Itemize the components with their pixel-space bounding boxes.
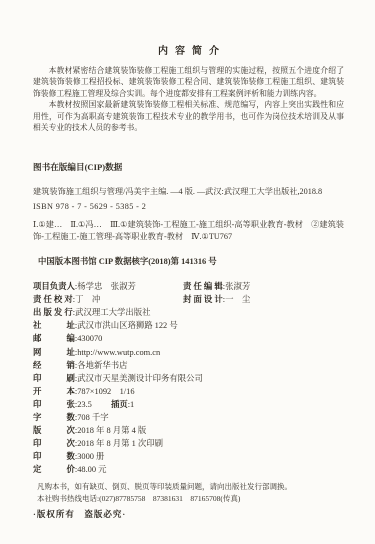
publication-label: 印 次 [33, 439, 75, 448]
publication-value: :一 尘 [223, 295, 250, 304]
copyright-notice: ·版权所有 盗版必究· [33, 508, 344, 520]
publication-info-row: 印 次:2018 年 8 月第 1 次印刷 [33, 437, 344, 450]
publication-info-row: 印 刷:武汉市天星美测设计印务有限公司 [33, 372, 344, 385]
publication-label: 印 张 [33, 400, 75, 409]
copyright-page: 内容简介 本教材紧密结合建筑装饰装修工程施工组织与管理的实施过程，按照五个进度介… [0, 0, 375, 544]
publication-value: :张淑芳 [223, 282, 250, 291]
publication-info-row: 印 数:3000 册 [33, 450, 344, 463]
publication-label: 出 版 发 行 [33, 308, 73, 317]
content-summary-title: 内容简介 [33, 42, 344, 57]
publication-label: 印 数 [33, 452, 75, 461]
content-summary-paragraph: 本教材紧密结合建筑装饰装修工程施工组织与管理的实施过程，按照五个进度介绍了建筑装… [33, 65, 344, 99]
note-line: 凡购本书，如有缺页、倒页、脱页等印装质量问题，请向出版社发行部调换。 [37, 481, 344, 492]
publication-label: 责 任 校 对 [33, 295, 73, 304]
publication-value: :武汉理工大学出版社 [73, 308, 151, 317]
publication-info-row: 版 次:2018 年 8 月第 4 版 [33, 424, 344, 437]
publication-label: 责 任 编 辑 [183, 282, 223, 291]
purchase-notes: 凡购本书，如有缺页、倒页、脱页等印装质量问题，请向出版社发行部调换。 本社购书热… [33, 481, 344, 504]
publication-label: 字 数 [33, 413, 75, 422]
cip-isbn: ISBN 978 - 7 - 5629 - 5385 - 2 [33, 202, 344, 211]
publication-value: :787×1092 1/16 [75, 387, 135, 396]
publication-info-row: 开 本:787×1092 1/16 [33, 385, 344, 398]
content-summary: 本教材紧密结合建筑装饰装修工程施工组织与管理的实施过程，按照五个进度介绍了建筑装… [33, 65, 344, 133]
publication-info-row: 经 销:各地新华书店 [33, 359, 344, 372]
publication-info-row: 字 数:708 千字 [33, 411, 344, 424]
publication-second-pair: 插页:1 [111, 400, 134, 409]
publication-label: 插页 [111, 400, 128, 409]
publication-value: :丁 冲 [73, 295, 100, 304]
publication-info-row: 邮 编:430070 [33, 332, 344, 345]
publication-value: :http://www.wutp.com.cn [75, 348, 160, 357]
publication-second-pair: 封 面 设 计:一 尘 [183, 293, 250, 306]
publication-label: 经 销 [33, 361, 75, 370]
publication-value: :48.00 元 [75, 465, 107, 474]
publication-label: 邮 编 [33, 334, 75, 343]
publication-info-row: 项目负责人:杨学忠 张淑芳 责 任 编 辑:张淑芳 [33, 280, 344, 293]
publication-info-row: 出 版 发 行:武汉理工大学出版社 [33, 306, 344, 319]
publication-value: :23.5 [75, 400, 92, 409]
publication-label: 印 刷 [33, 374, 75, 383]
publication-value: :3000 册 [75, 452, 105, 461]
publication-value: :2018 年 8 月第 4 版 [75, 426, 146, 435]
publication-label: 项目负责人 [33, 282, 75, 291]
publication-value: :杨学忠 张淑芳 [75, 282, 136, 291]
publication-label: 开 本 [33, 387, 75, 396]
publication-label: 定 价 [33, 465, 75, 474]
publication-value: :2018 年 8 月第 1 次印刷 [75, 439, 163, 448]
publication-label: 版 次 [33, 426, 75, 435]
publication-value: :武汉市洪山区珞狮路 122 号 [75, 321, 178, 330]
publication-info: 项目负责人:杨学忠 张淑芳 责 任 编 辑:张淑芳 责 任 校 对:丁 冲 封 … [33, 280, 344, 476]
publication-info-row: 社 址:武汉市洪山区珞狮路 122 号 [33, 319, 344, 332]
cip-classification: Ⅰ.①建… Ⅱ.①冯… Ⅲ.①建筑装饰-工程施工-施工组织-高等职业教育-教材 … [33, 219, 344, 243]
publication-label: 网 址 [33, 348, 75, 357]
publication-label: 社 址 [33, 321, 75, 330]
publication-info-row: 网 址:http://www.wutp.com.cn [33, 346, 344, 359]
publication-value: :各地新华书店 [75, 361, 128, 370]
publication-value: :武汉市天星美测设计印务有限公司 [75, 374, 203, 383]
publication-value: :708 千字 [75, 413, 109, 422]
publication-value: :430070 [75, 334, 102, 343]
publication-label: 封 面 设 计 [183, 295, 223, 304]
publication-info-row: 印 张:23.5 插页:1 [33, 398, 344, 411]
publication-second-pair: 责 任 编 辑:张淑芳 [183, 280, 250, 293]
content-summary-paragraph: 本教材按照国家最新建筑装饰装修工程相关标准、规范编写，内容上突出实践性和应用性，… [33, 99, 344, 133]
publication-info-row: 责 任 校 对:丁 冲 封 面 设 计:一 尘 [33, 293, 344, 306]
publication-value: :1 [128, 400, 135, 409]
cip-heading: 图书在版编目(CIP)数据 [33, 161, 344, 173]
cip-book-entry: 建筑装饰施工组织与管理/冯美宇主编. —4 版. —武汉:武汉理工大学出版社,2… [33, 186, 344, 197]
note-line: 本社购书热线电话:(027)87785758 87381631 87165708… [37, 493, 344, 504]
cip-record-number: 中国版本图书馆 CIP 数据核字(2018)第 141316 号 [33, 255, 344, 267]
publication-info-row: 定 价:48.00 元 [33, 463, 344, 476]
